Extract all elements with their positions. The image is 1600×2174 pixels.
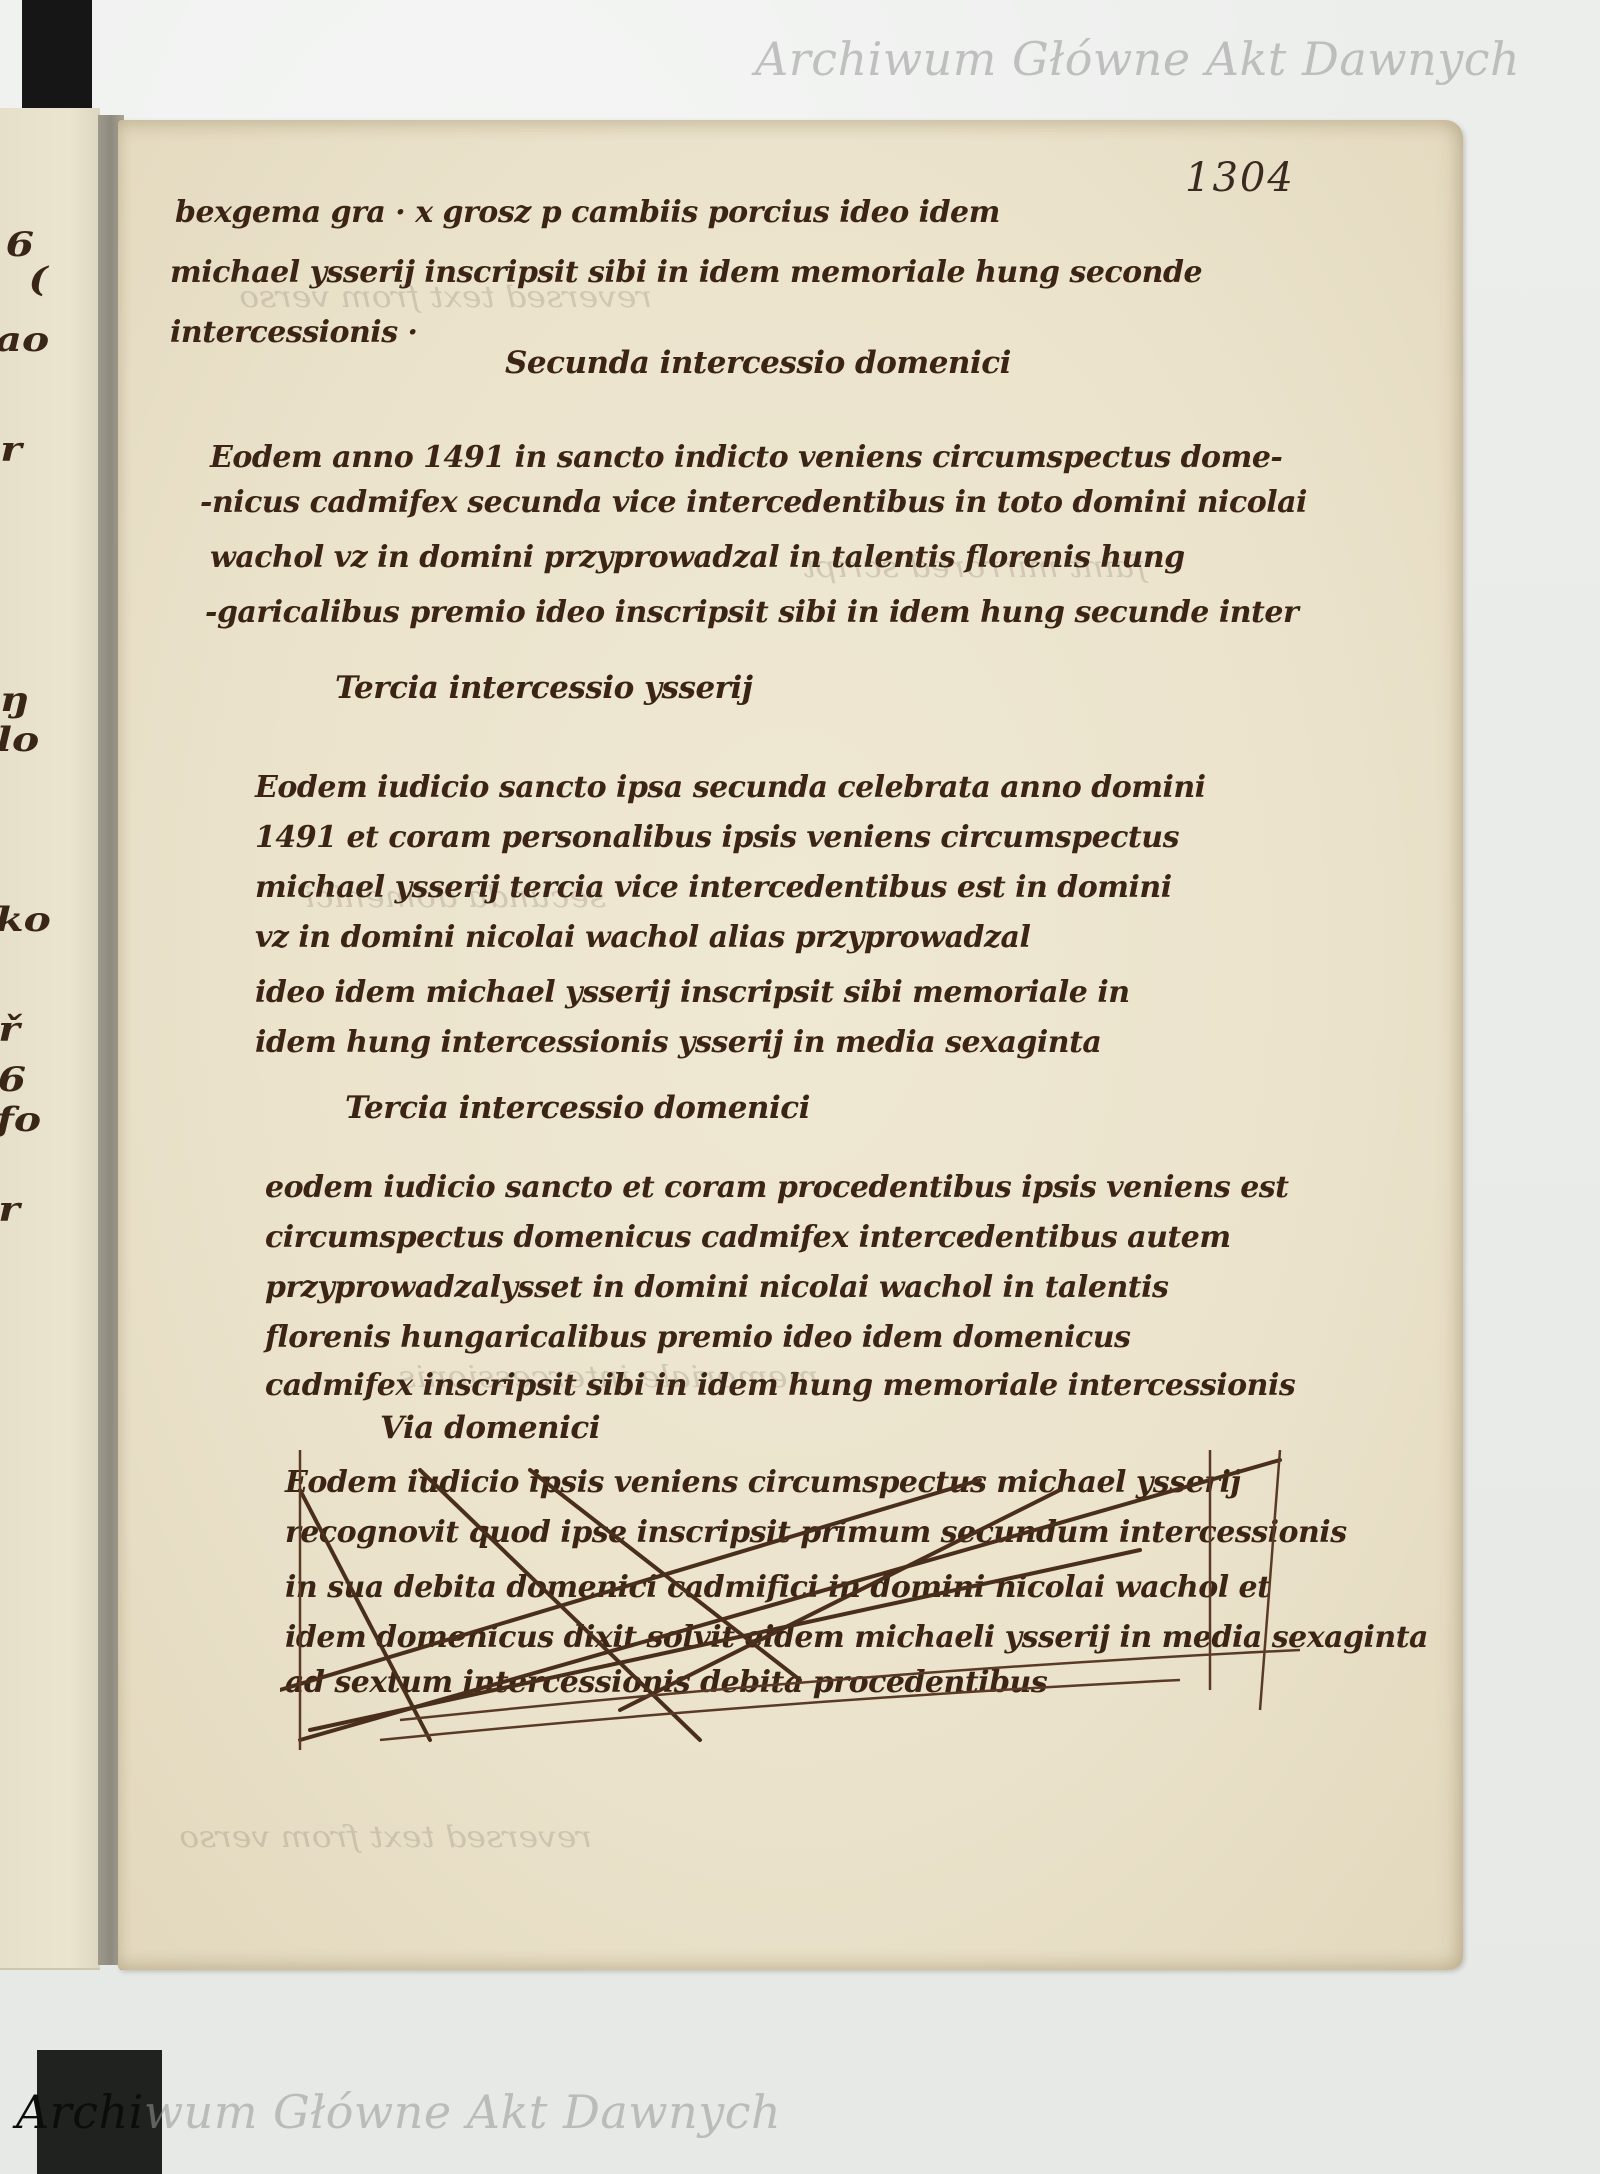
cancelled-manuscript-line: in sua debita domenici cadmifici in domi… [285, 1570, 1271, 1605]
left-page-fragment: lo [0, 720, 39, 760]
manuscript-line: eodem iudicio sancto et coram procedenti… [265, 1170, 1289, 1205]
manuscript-line: 1491 et coram personalibus ipsis veniens… [255, 820, 1179, 855]
left-page-fragment: ř [0, 1010, 20, 1050]
manuscript-line: idem hung intercessionis ysserij in medi… [255, 1025, 1101, 1060]
manuscript-line: circumspectus domenicus cadmifex interce… [265, 1220, 1231, 1255]
bleed-through-text: reversed text from verso [179, 1820, 592, 1855]
manuscript-line: Eodem iudicio sancto ipsa secunda celebr… [255, 770, 1206, 805]
cancelled-manuscript-line: ad sextum intercessionis debita proceden… [285, 1665, 1047, 1700]
left-page-fragment: 6 [0, 1060, 26, 1100]
left-page-fragment: fo [0, 1100, 41, 1140]
manuscript-line: vz in domini nicolai wachol alias przypr… [255, 920, 1030, 955]
manuscript-line: -garicalibus premio ideo inscripsit sibi… [205, 595, 1298, 630]
left-page-fragment: r [0, 1190, 20, 1230]
watermark-dark-portion: Archi [16, 2085, 144, 2139]
watermark-light-portion: wum Główne Akt Dawnych [144, 2085, 781, 2139]
manuscript-line: cadmifex inscripsit sibi in idem hung me… [265, 1368, 1295, 1403]
archive-watermark-top: Archiwum Główne Akt Dawnych [755, 32, 1520, 86]
cancelled-manuscript-line: Eodem iudicio ipsis veniens circumspectu… [285, 1465, 1241, 1500]
manuscript-line: ideo idem michael ysserij inscripsit sib… [255, 975, 1130, 1010]
left-page-fragment: ao [0, 320, 49, 360]
left-page-fragment: ŋ [0, 680, 29, 720]
manuscript-line: florenis hungaricalibus premio ideo idem… [265, 1320, 1130, 1355]
left-page-fragment: ( [28, 260, 47, 300]
manuscript-line: bexgema gra · x grosz p cambiis porcius … [175, 195, 1000, 230]
section-heading: Secunda intercessio domenici [505, 345, 1011, 381]
cancelled-manuscript-line: idem domenicus dixit solvit eidem michae… [285, 1620, 1428, 1655]
binding-strip-top [22, 0, 92, 120]
manuscript-line: michael ysserij tercia vice intercedenti… [255, 870, 1172, 905]
section-heading: Tercia intercessio ysserij [335, 670, 753, 706]
folio-number: 1304 [1185, 155, 1295, 201]
section-heading: Via domenici [380, 1410, 600, 1446]
manuscript-line: przyprowadzalysset in domini nicolai wac… [265, 1270, 1168, 1305]
manuscript-line: Eodem anno 1491 in sancto indicto venien… [210, 440, 1282, 475]
manuscript-line: -nicus cadmifex secunda vice intercedent… [200, 485, 1307, 520]
left-page-fragment: r [0, 430, 22, 470]
manuscript-line: wachol vz in domini przyprowadzal in tal… [210, 540, 1185, 575]
cancelled-manuscript-line: recognovit quod ipse inscripsit primum s… [285, 1515, 1347, 1550]
section-heading: Tercia intercessio domenici [345, 1090, 810, 1126]
archive-watermark-bottom: Archiwum Główne Akt Dawnych [16, 2085, 781, 2139]
left-page-fragment: ko [0, 900, 51, 940]
left-page-fragment: 6 [6, 225, 34, 265]
manuscript-line: intercessionis · [170, 315, 417, 350]
manuscript-line: michael ysserij inscripsit sibi in idem … [170, 255, 1202, 290]
